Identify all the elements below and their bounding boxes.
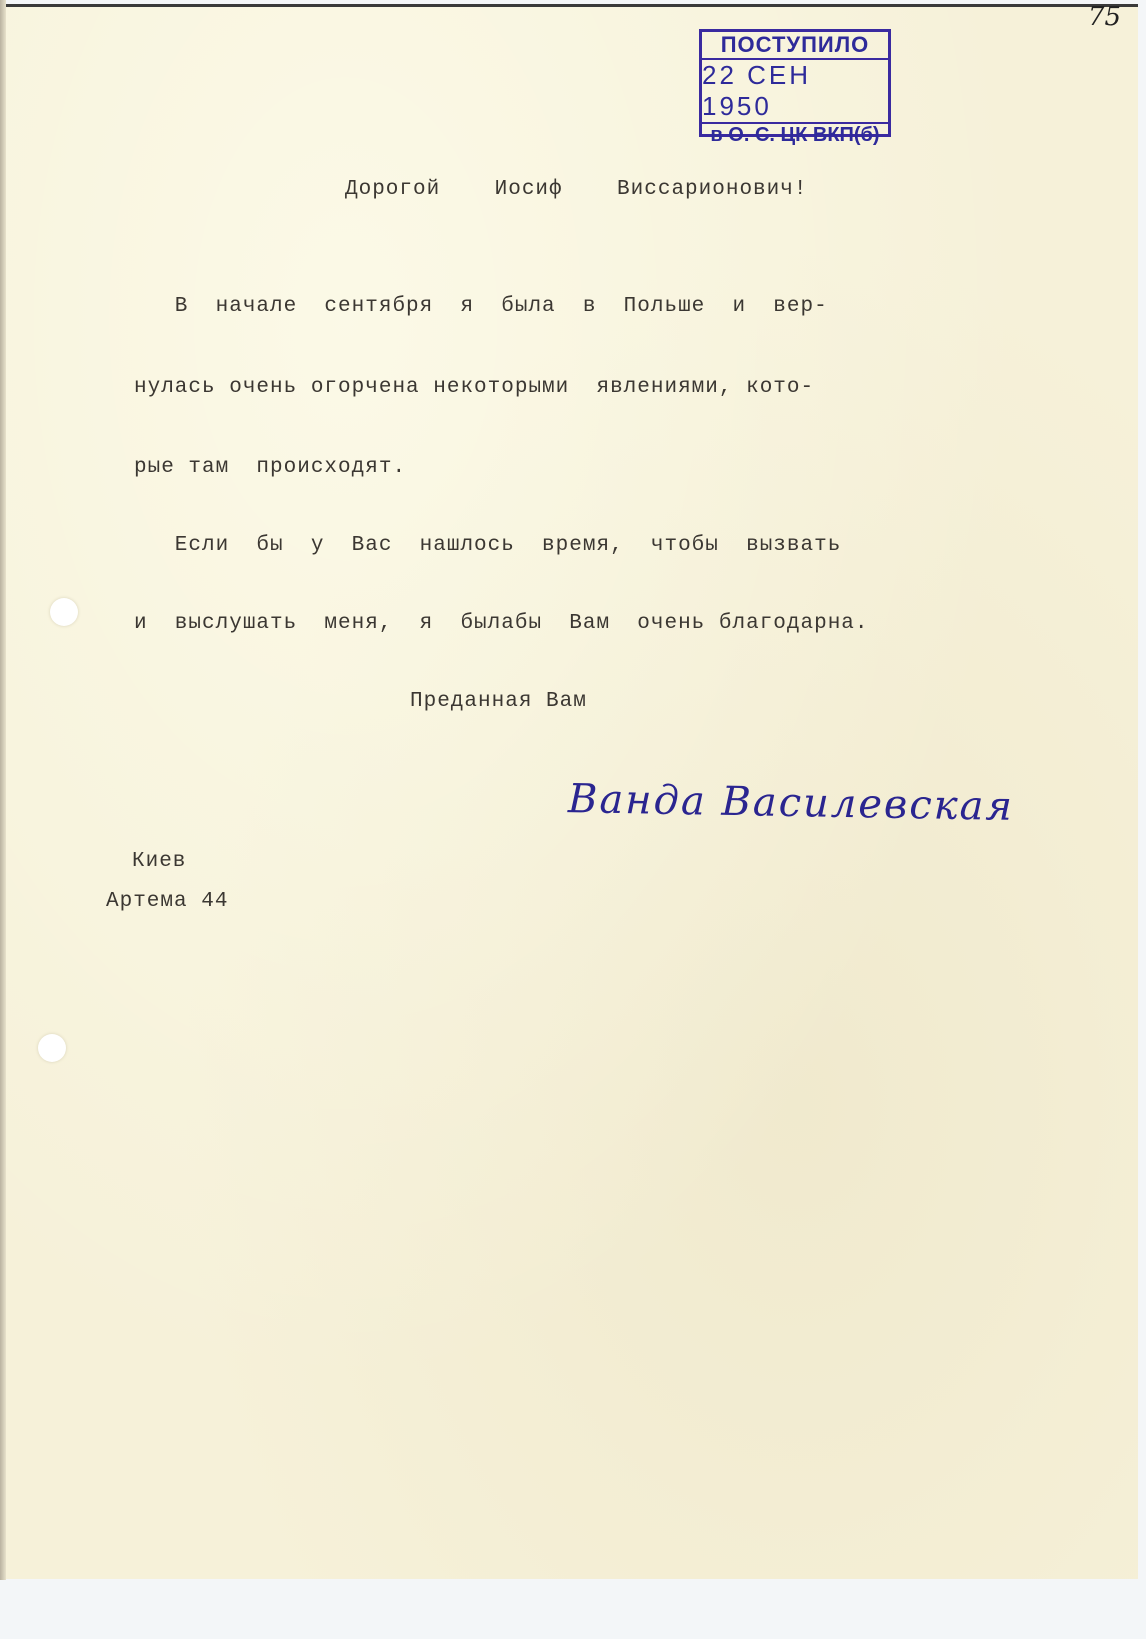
stamp-received-label: ПОСТУПИЛО bbox=[702, 32, 888, 60]
scan-bottom-margin bbox=[0, 1580, 1146, 1639]
punch-hole bbox=[50, 598, 78, 626]
archive-page-number: 75 bbox=[1088, 2, 1121, 32]
letter-line: нулась очень огорчена некоторыми явления… bbox=[134, 376, 814, 399]
letter-line: и выслушать меня, я былабы Вам очень бла… bbox=[134, 612, 869, 635]
stamp-department: в О. С. ЦК ВКП(б) bbox=[702, 124, 888, 147]
received-stamp: ПОСТУПИЛО 22 СЕН 1950 в О. С. ЦК ВКП(б) bbox=[699, 29, 891, 137]
handwritten-signature: Ванда Василевская bbox=[568, 776, 1015, 830]
punch-hole bbox=[38, 1034, 66, 1062]
letter-line: рые там происходят. bbox=[134, 456, 406, 479]
address-city: Киев bbox=[132, 850, 186, 873]
letter-closing: Преданная Вам bbox=[410, 690, 587, 713]
letter-line: Если бы у Вас нашлось время, чтобы вызва… bbox=[134, 534, 841, 557]
address-street: Артема 44 bbox=[106, 890, 228, 913]
stamp-date: 22 СЕН 1950 bbox=[702, 60, 888, 124]
letter-salutation: Дорогой Иосиф Виссарионович! bbox=[345, 178, 807, 201]
letter-line: В начале сентября я была в Польше и вер- bbox=[134, 295, 828, 318]
